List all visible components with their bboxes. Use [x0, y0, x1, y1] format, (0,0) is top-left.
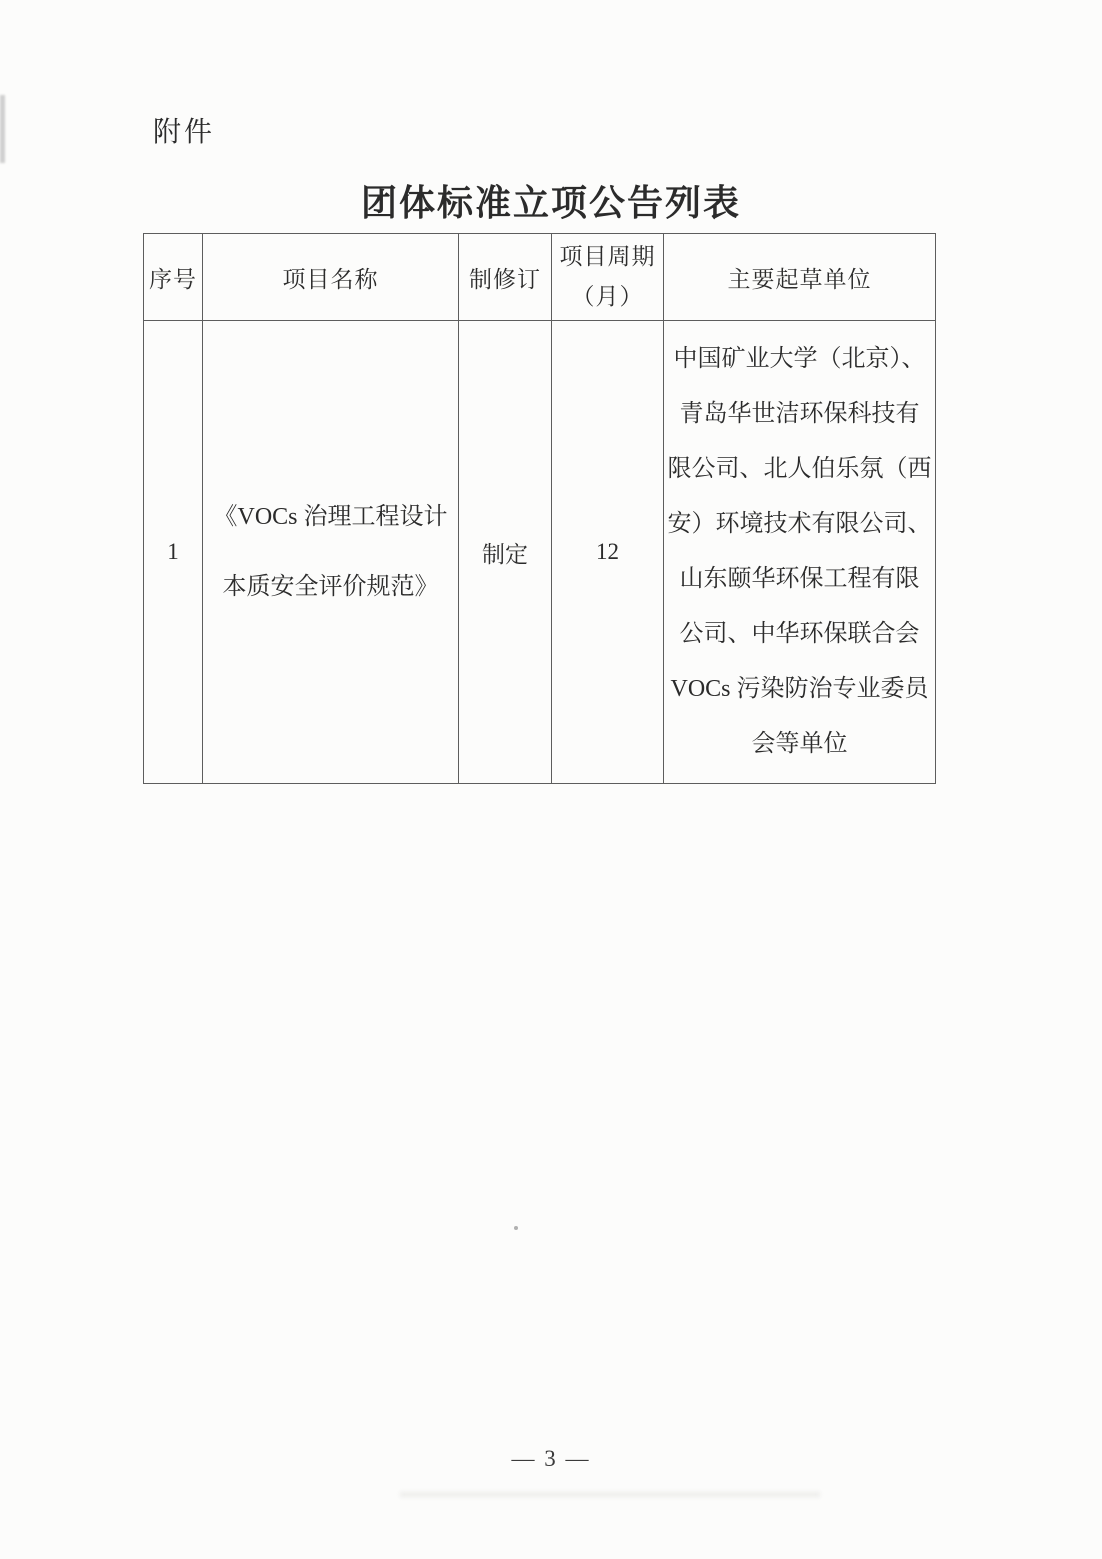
project-name-line: 《VOCs 治理工程设计: [203, 482, 458, 552]
page-title: 团体标准立项公告列表: [0, 175, 1102, 226]
attachment-label: 附件: [153, 110, 215, 150]
projects-table: 序号 项目名称 制修订 项目周期 （月） 主要起草单位 1 《VOCs 治理工程…: [143, 233, 936, 784]
drafting-units-line: 限公司、北人伯乐氛（西: [664, 442, 935, 497]
header-project-cycle-line1: 项目周期: [552, 237, 663, 277]
project-name-line: 本质安全评价规范》: [203, 552, 458, 622]
scan-band-artifact: [400, 1492, 820, 1497]
page-number: — 3 —: [0, 1446, 1102, 1472]
scan-dot-artifact: [514, 1226, 518, 1230]
cell-revision-type: 制定: [459, 321, 552, 784]
cell-drafting-units: 中国矿业大学（北京）、 青岛华世洁环保科技有 限公司、北人伯乐氛（西 安）环境技…: [664, 321, 936, 784]
drafting-units-line: 青岛华世洁环保科技有: [664, 387, 935, 442]
header-project-name: 项目名称: [203, 234, 459, 321]
table-row: 1 《VOCs 治理工程设计 本质安全评价规范》 制定 12 中国矿业大学（北京…: [144, 321, 936, 784]
drafting-units-line: 安）环境技术有限公司、: [664, 497, 935, 552]
drafting-units-line: 山东颐华环保工程有限: [664, 552, 935, 607]
header-index: 序号: [144, 234, 203, 321]
header-project-cycle: 项目周期 （月）: [552, 234, 664, 321]
table-header-row: 序号 项目名称 制修订 项目周期 （月） 主要起草单位: [144, 234, 936, 321]
drafting-units-line: VOCs 污染防治专业委员: [664, 662, 935, 717]
cell-index: 1: [144, 321, 203, 784]
drafting-units-line: 公司、中华环保联合会: [664, 607, 935, 662]
document-page: 附件 团体标准立项公告列表 序号 项目名称 制修订 项目周期 （月） 主要起草单: [0, 0, 1102, 1559]
header-project-cycle-line2: （月）: [552, 277, 663, 317]
header-revision-type: 制修订: [459, 234, 552, 321]
scan-edge-artifact: [0, 95, 5, 163]
cell-project-name: 《VOCs 治理工程设计 本质安全评价规范》: [203, 321, 459, 784]
cell-cycle-months: 12: [552, 321, 664, 784]
header-drafting-units: 主要起草单位: [664, 234, 936, 321]
drafting-units-line: 会等单位: [664, 717, 935, 772]
drafting-units-line: 中国矿业大学（北京）、: [664, 332, 935, 387]
